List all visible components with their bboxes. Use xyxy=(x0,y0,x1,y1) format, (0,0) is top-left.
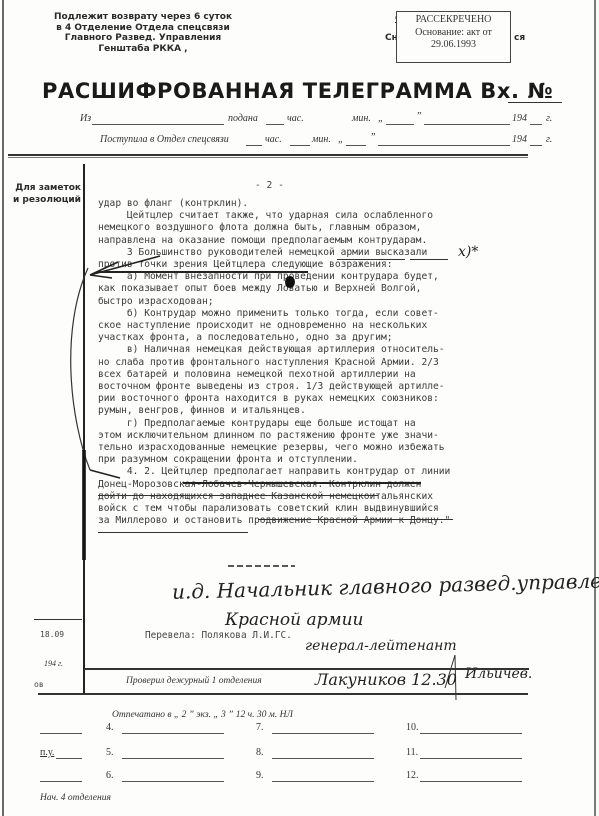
date-left: 18.09 xyxy=(40,630,64,639)
distribution-line xyxy=(420,733,522,734)
distribution-line xyxy=(122,733,224,734)
distribution-line xyxy=(272,781,374,782)
margin-annotation: х)* xyxy=(458,244,478,260)
distribution-line xyxy=(40,733,82,734)
head-of-department: Нач. 4 отделения xyxy=(40,793,111,803)
resolution-org: Красной армии xyxy=(225,610,364,630)
checked-by-label: Проверил дежурный 1 отделения xyxy=(126,676,262,686)
distribution-line xyxy=(122,758,224,759)
checker-bottom-rule xyxy=(38,693,528,695)
distribution-number: 5. xyxy=(106,747,114,758)
distribution-number: 8. xyxy=(256,747,264,758)
year-left: 194 г. xyxy=(44,659,63,668)
distribution-number: 11. xyxy=(406,747,418,758)
distribution-line xyxy=(420,758,522,759)
distribution-line xyxy=(40,781,82,782)
printed-copies: Отпечатано в „ 2 ” экз. „ 3 ” 12 ч. 30 м… xyxy=(112,710,293,720)
distribution-line xyxy=(122,781,224,782)
checker-signature: Лакуников 12.30 xyxy=(315,670,457,689)
distribution-number: 7. xyxy=(256,722,264,733)
distribution-line xyxy=(420,781,522,782)
margin-rule xyxy=(34,619,82,620)
telegram-page: Подлежит возврату через 6 суток в 4 Отде… xyxy=(0,0,599,816)
resolution-rank: генерал-лейтенант xyxy=(305,638,457,654)
distribution-line xyxy=(272,758,374,759)
distribution-line xyxy=(56,758,82,759)
distribution-line xyxy=(272,733,374,734)
distribution-number: 12. xyxy=(406,770,419,781)
distribution-number: 10. xyxy=(406,722,419,733)
distribution-number: 6. xyxy=(106,770,114,781)
distribution-number: 4. xyxy=(106,722,114,733)
distribution-number: 9. xyxy=(256,770,264,781)
code-left: ов xyxy=(34,680,44,689)
translated-by: Перевела: Полякова Л.И.ГС. xyxy=(145,630,292,641)
distribution-number: п.у. xyxy=(40,747,54,758)
checker-top-rule xyxy=(84,668,529,670)
